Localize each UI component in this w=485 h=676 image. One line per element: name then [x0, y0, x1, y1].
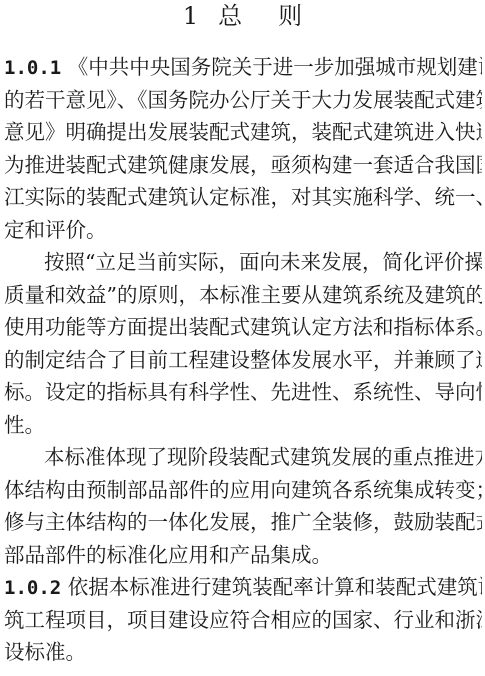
- clause-line: 筑工程项目，项目建设应符合相应的国家、行业和浙江省工程建: [4, 607, 482, 633]
- chapter-title-word-2: 则: [278, 2, 302, 30]
- clause-line: 1.0.1 《中共中央国务院关于进一步加强城市规划建设管理工作: [4, 54, 482, 81]
- paragraph-line: 部品部件的标准化应用和产品集成。: [4, 542, 482, 568]
- clause-line: 定和评价。: [4, 217, 482, 243]
- paragraph-line: 使用功能等方面提出装配式建筑认定方法和指标体系。认定方法: [4, 314, 482, 340]
- paragraph-line: 的制定结合了目前工程建设整体发展水平，并兼顾了远期发展目: [4, 347, 482, 373]
- chapter-title: 1总则: [0, 2, 485, 30]
- paragraph-line: 修与主体结构的一体化发展，推广全装修，鼓励装配式装修；③: [4, 509, 482, 535]
- clause-text: 《中共中央国务院关于进一步加强城市规划建设管理工作: [68, 55, 482, 79]
- paragraph-line: 标。设定的指标具有科学性、先进性、系统性、导向性和可操作: [4, 379, 482, 405]
- clause-number: 1.0.2: [4, 577, 61, 599]
- paragraph-line: 本标准体现了现阶段装配式建筑发展的重点推进方向：①主: [44, 444, 482, 470]
- clause-line: 1.0.2 依据本标准进行建筑装配率计算和装配式建筑评价的建: [4, 574, 482, 601]
- paragraph-line: 按照“立足当前实际，面向未来发展，简化评价操作，提高: [44, 249, 482, 275]
- paragraph-line: 性。: [4, 412, 482, 438]
- paragraph-line: 体结构由预制部品部件的应用向建筑各系统集成转变；②装饰装: [4, 477, 482, 503]
- clause-text: 依据本标准进行建筑装配率计算和装配式建筑评价的建: [68, 575, 482, 599]
- clause-line: 江实际的装配式建筑认定标准，对其实施科学、统一、规范的认: [4, 184, 482, 210]
- clause-line: 意见》明确提出发展装配式建筑，装配式建筑进入快速发展阶段。: [4, 119, 482, 145]
- chapter-title-word-1: 总: [218, 2, 242, 30]
- clause-line: 为推进装配式建筑健康发展，亟须构建一套适合我国国情，符合浙: [4, 152, 482, 178]
- clause-number: 1.0.1: [4, 57, 61, 79]
- paragraph-line: 质量和效益”的原则，本标准主要从建筑系统及建筑的基本性能、: [4, 282, 482, 308]
- clause-line: 的若干意见》、《国务院办公厅关于大力发展装配式建筑的指导: [4, 87, 482, 113]
- clause-line: 设标准。: [4, 639, 482, 665]
- chapter-number: 1: [183, 2, 198, 30]
